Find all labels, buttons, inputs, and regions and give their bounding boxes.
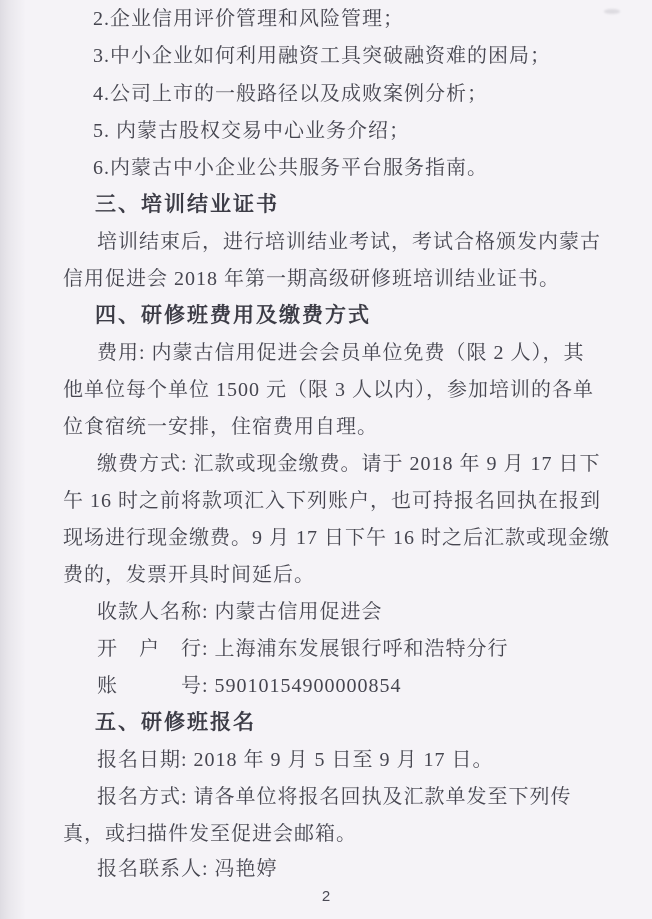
list-item: 5. 内蒙古股权交易中心业务介绍； [93,118,410,144]
paragraph-line: 真，或扫描件发至促进会邮箱。 [63,821,357,847]
list-item: 4.公司上市的一般路径以及成败案例分析； [93,81,488,107]
registration-date-line: 报名日期: 2018 年 9 月 5 日至 9 月 17 日。 [97,747,494,773]
paragraph-line: 费的，发票开具时间延后。 [63,562,315,588]
paragraph-line: 信用促进会 2018 年第一期高级研修班培训结业证书。 [63,266,560,292]
registration-contact-line: 报名联系人: 冯艳婷 [97,856,278,882]
section-heading-certificate: 三、培训结业证书 [95,192,279,218]
page-number: 2 [0,888,652,905]
scan-smudge [604,9,620,14]
bank-name-line: 开 户 行: 上海浦东发展银行呼和浩特分行 [97,636,509,662]
scan-edge-shadow [0,0,26,919]
list-item: 6.内蒙古中小企业公共服务平台服务指南。 [93,155,488,181]
payee-name-line: 收款人名称: 内蒙古信用促进会 [97,599,383,625]
paragraph-line: 他单位每个单位 1500 元（限 3 人以内），参加培训的各单 [63,377,594,403]
paragraph-line: 午 16 时之前将款项汇入下列账户，也可持报名回执在报到 [63,488,601,514]
list-item: 3.中小企业如何利用融资工具突破融资难的困局； [93,43,551,69]
paragraph-line: 缴费方式: 汇款或现金缴费。请于 2018 年 9 月 17 日下 [97,451,601,477]
section-heading-registration: 五、研修班报名 [95,710,256,736]
list-item: 2.企业信用评价管理和风险管理； [93,6,404,32]
paragraph-line: 费用: 内蒙古信用促进会会员单位免费（限 2 人），其 [97,340,585,366]
paragraph-line: 培训结束后，进行培训结业考试，考试合格颁发内蒙古 [97,229,601,255]
paragraph-line: 现场进行现金缴费。9 月 17 日下午 16 时之后汇款或现金缴 [63,525,610,551]
account-number-line: 账 号: 59010154900000854 [97,673,402,699]
scanned-document-page: 2.企业信用评价管理和风险管理； 3.中小企业如何利用融资工具突破融资难的困局；… [0,0,652,919]
section-heading-fees: 四、研修班费用及缴费方式 [95,303,371,329]
paragraph-line: 报名方式: 请各单位将报名回执及汇款单发至下列传 [97,784,572,810]
paragraph-line: 位食宿统一安排，住宿费用自理。 [63,414,378,440]
